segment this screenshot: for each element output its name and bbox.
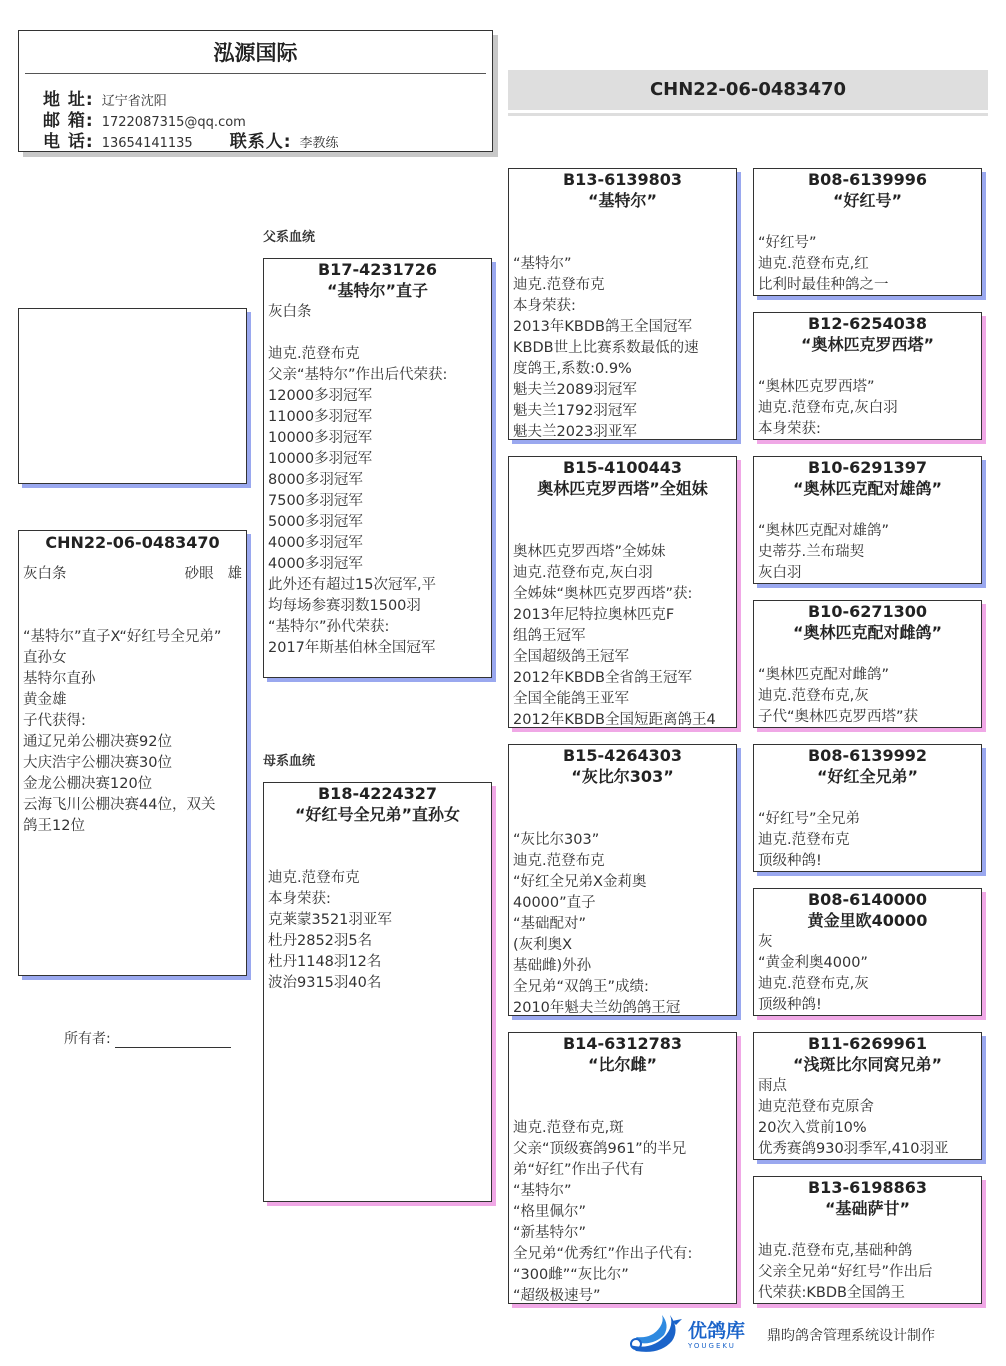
note-line: “基特尔” [513, 1181, 732, 1202]
note-line: 迪克.范登布克,灰 [758, 974, 977, 995]
grandparent-notes: “基特尔”迪克.范登布克本身荣获:2013年KBDB鸽王全国冠军KBDB世上比赛… [513, 212, 732, 440]
note-line: 子代获得: [23, 711, 242, 732]
note-line [268, 323, 487, 344]
subject-eye: 砂眼 [185, 566, 214, 582]
note-line: 波治9315羽40名 [268, 973, 487, 994]
phone-value: 13654141135 [102, 136, 230, 151]
note-line: “好红全兄弟X金莉奥 [513, 872, 732, 893]
note-line: 迪克.范登布克,灰白羽 [758, 398, 977, 419]
note-line [758, 212, 977, 233]
note-line: 通辽兄弟公棚决赛92位 [23, 732, 242, 753]
note-line: 金龙公棚决赛120位 [23, 774, 242, 795]
subject-pigeon-card: CHN22-06-0483470 灰白条 砂眼 雄 “基特尔”直子X“好红号全兄… [18, 530, 247, 976]
ggp-notes: 迪克.范登布克,基础种鸽父亲全兄弟“好红号”作出后代荣获:KBDB全国鸽王 [758, 1220, 977, 1304]
dam-ring-id: B18-4224327 [268, 784, 487, 804]
note-line: 史蒂芬.兰布瑞契 [758, 542, 977, 563]
note-line [513, 1097, 732, 1118]
note-line [758, 500, 977, 521]
note-line: 大庆浩宇公棚决赛30位 [23, 753, 242, 774]
note-line: “奥林匹克配对雌鸽” [758, 665, 977, 686]
note-line: KBDB世上比赛系数最低的速 [513, 338, 732, 359]
note-line: “300雌”“灰比尔” [513, 1265, 732, 1286]
grandparent-ring-id: B14-6312783 [513, 1034, 732, 1054]
logo-chinese: 优鸽库 [688, 1320, 745, 1342]
note-line: 迪克.范登布克,红 [758, 254, 977, 275]
grandparent-name: “比尔雌” [513, 1054, 732, 1076]
ggp-notes: “好红号”全兄弟迪克.范登布克顶级种鸽! [758, 788, 977, 872]
grandparent-name: “基特尔” [513, 190, 732, 212]
note-line: 魁夫兰2089羽冠军 [513, 380, 732, 401]
note-line: 本身荣获: [513, 296, 732, 317]
note-line [758, 356, 977, 377]
note-line [758, 1220, 977, 1241]
ggp-name: “好红号” [758, 190, 977, 212]
note-line: 弟“好红”作出子代有 [513, 1160, 732, 1181]
note-line: 全国全能鸽王亚军 [513, 689, 732, 710]
note-line: 杜丹2852羽5名 [268, 931, 487, 952]
note-line: 雨点 [758, 1076, 977, 1097]
note-line: “基特尔”孙代荣获: [268, 617, 487, 638]
note-line: 2012年KBDB全国短距离鸽王4 [513, 710, 732, 728]
note-line: 基特尔直孙 [23, 669, 242, 690]
ggp-ring-id: B10-6291397 [758, 458, 977, 478]
banner-underline [508, 113, 988, 116]
note-line: 顶级种鸽! [758, 851, 977, 872]
note-line: 迪克.范登布克,斑 [513, 1118, 732, 1139]
grandparent-name: “灰比尔303” [513, 766, 732, 788]
great-grandparent-card-1: B08-6139996 “好红号” “好红号”迪克.范登布克,红比利时最佳种鸽之… [753, 168, 982, 296]
great-grandparent-card-8: B13-6198863 “基础萨甘” 迪克.范登布克,基础种鸽父亲全兄弟“好红号… [753, 1176, 982, 1304]
sire-notes: 灰白条 迪克.范登布克父亲“基特尔”作出后代荣获:12000多羽冠军11000多… [268, 302, 487, 659]
note-line: 迪克范登布克原舍 [758, 1097, 977, 1118]
note-line: “灰比尔303” [513, 830, 732, 851]
note-line: 云海飞川公棚决赛44位，双关 [23, 795, 242, 816]
note-line: 优秀赛鸽930羽季军,410羽亚 [758, 1139, 977, 1160]
ggp-ring-id: B13-6198863 [758, 1178, 977, 1198]
ggp-ring-id: B08-6140000 [758, 890, 977, 910]
note-line: 父亲“基特尔”作出后代荣获: [268, 365, 487, 386]
loft-title: 泓源国际 [19, 33, 492, 73]
grandparent-card-3: B15-4264303 “灰比尔303” “灰比尔303”迪克.范登布克“好红全… [508, 744, 737, 1016]
note-line [758, 788, 977, 809]
dam-card: B18-4224327 “好红号全兄弟”直孙女 迪克.范登布克本身荣获:克莱蒙3… [263, 782, 492, 1202]
note-line: 5000多羽冠军 [268, 512, 487, 533]
note-line: “好红号” [758, 233, 977, 254]
note-line: 2012年KBDB全省鸽王冠军 [513, 668, 732, 689]
pigeon-photo-frame [18, 308, 247, 484]
note-line: “基特尔”直子X“好红号全兄弟” [23, 627, 242, 648]
grandparent-card-4: B14-6312783 “比尔雌” 迪克.范登布克,斑父亲“顶级赛鸽961”的半… [508, 1032, 737, 1304]
note-line: 12000多羽冠军 [268, 386, 487, 407]
note-line: 本身荣获: [758, 419, 977, 440]
note-line: 迪克.范登布克 [513, 851, 732, 872]
ggp-ring-id: B11-6269961 [758, 1034, 977, 1054]
subject-sex: 雄 [228, 566, 243, 582]
dam-name: “好红号全兄弟”直孙女 [268, 804, 487, 826]
grandparent-name: 奥林匹克罗西塔”全姐妹 [513, 478, 732, 500]
note-line: 迪克.范登布克,灰白羽 [513, 563, 732, 584]
note-line: 4000多羽冠军 [268, 554, 487, 575]
ggp-name: “奥林匹克配对雄鸽” [758, 478, 977, 500]
ggp-ring-id: B08-6139992 [758, 746, 977, 766]
great-grandparent-card-2: B12-6254038 “奥林匹克罗西塔” “奥林匹克罗西塔”迪克.范登布克,灰… [753, 312, 982, 440]
sire-ring-id: B17-4231726 [268, 260, 487, 280]
dam-line-label: 母系血统 [263, 750, 315, 769]
note-line: 10000多羽冠军 [268, 428, 487, 449]
note-line: 父亲全兄弟“好红号”作出后 [758, 1262, 977, 1283]
note-line: 子代“奥林匹克罗西塔”获 [758, 707, 977, 728]
note-line: 杜丹1148羽12名 [268, 952, 487, 973]
note-line: 代荣获:KBDB全国鸽王 [758, 1283, 977, 1304]
note-line: 8000多羽冠军 [268, 470, 487, 491]
subject-color: 灰白条 [23, 564, 67, 585]
note-line: 2010年魁夫兰幼鸽鸽王冠 [513, 998, 732, 1016]
note-line: 奥林匹克罗西塔”全姊妹 [513, 542, 732, 563]
note-line: 10000多羽冠军 [268, 449, 487, 470]
note-line: 2017年斯基伯林全国冠军 [268, 638, 487, 659]
note-line [268, 847, 487, 868]
note-line: 基础雌)外孙 [513, 956, 732, 977]
great-grandparent-card-5: B08-6139992 “好红全兄弟” “好红号”全兄弟迪克.范登布克顶级种鸽! [753, 744, 982, 872]
yougeku-logo-icon [622, 1311, 684, 1359]
ggp-notes: 灰“黄金利奥4000”迪克.范登布克,灰顶级种鸽! [758, 932, 977, 1016]
note-line: 2013年KBDB鸽王全国冠军 [513, 317, 732, 338]
note-line: 全兄弟“双鸽王”成绩: [513, 977, 732, 998]
grandparent-card-1: B13-6139803 “基特尔” “基特尔”迪克.范登布克本身荣获:2013年… [508, 168, 737, 440]
ring-number-banner: CHN22-06-0483470 [508, 70, 988, 110]
note-line: 迪克.范登布克 [758, 830, 977, 851]
note-line: 魁夫兰1792羽冠军 [513, 401, 732, 422]
phone-row: 电 话: 13654141135 联系人: 李教练 [43, 127, 339, 152]
contact-label: 联系人: [230, 127, 292, 152]
note-line: 此外还有超过15次冠军,平 [268, 575, 487, 596]
dam-notes: 迪克.范登布克本身荣获:克莱蒙3521羽亚军杜丹2852羽5名杜丹1148羽12… [268, 826, 487, 994]
ggp-name: “奥林匹克罗西塔” [758, 334, 977, 356]
phone-label: 电 话: [43, 127, 94, 152]
great-grandparent-card-4: B10-6271300 “奥林匹克配对雌鸽” “奥林匹克配对雌鸽”迪克.范登布克… [753, 600, 982, 728]
footer-credit: 鼎昀鸽舍管理系统设计制作 [767, 1325, 935, 1345]
note-line: 灰白羽 [758, 563, 977, 584]
note-line: 组鸽王冠军 [513, 626, 732, 647]
ggp-ring-id: B08-6139996 [758, 170, 977, 190]
note-line [513, 788, 732, 809]
note-line [513, 1076, 732, 1097]
ggp-notes: “奥林匹克配对雄鸽”史蒂芬.兰布瑞契灰白羽 [758, 500, 977, 584]
grandparent-ring-id: B15-4100443 [513, 458, 732, 478]
note-line: 40000”直子 [513, 893, 732, 914]
note-line [268, 826, 487, 847]
note-line: 灰白条 [268, 302, 487, 323]
note-line: 4000多羽冠军 [268, 533, 487, 554]
note-line: 20次入赏前10% [758, 1118, 977, 1139]
ggp-name: “好红全兄弟” [758, 766, 977, 788]
note-line [513, 521, 732, 542]
note-line: (灰利奥X [513, 935, 732, 956]
great-grandparent-card-6: B08-6140000 黄金里欧40000 灰“黄金利奥4000”迪克.范登布克… [753, 888, 982, 1016]
note-line: “新基特尔” [513, 1223, 732, 1244]
note-line: 迪克.范登布克,基础种鸽 [758, 1241, 977, 1262]
note-line [758, 644, 977, 665]
sire-card: B17-4231726 “基特尔”直子 灰白条 迪克.范登布克父亲“基特尔”作出… [263, 258, 492, 678]
note-line: 本身荣获: [268, 889, 487, 910]
header-divider [25, 73, 486, 74]
note-line [513, 233, 732, 254]
note-line: 父亲“顶级赛鸽961”的半兄 [513, 1139, 732, 1160]
sire-line-label: 父系血统 [263, 226, 315, 245]
grandparent-notes: 迪克.范登布克,斑父亲“顶级赛鸽961”的半兄弟“好红”作出子代有“基特尔”“格… [513, 1076, 732, 1304]
note-line: 迪克.范登布克 [268, 344, 487, 365]
note-line: 迪克.范登布克 [513, 275, 732, 296]
great-grandparent-card-3: B10-6291397 “奥林匹克配对雄鸽” “奥林匹克配对雄鸽”史蒂芬.兰布瑞… [753, 456, 982, 584]
note-line: 魁夫兰2023羽亚军 [513, 422, 732, 440]
note-line: 均每场参赛羽数1500羽 [268, 596, 487, 617]
note-line: “奥林匹克配对雄鸽” [758, 521, 977, 542]
note-line: 全兄弟“优秀红”作出子代有: [513, 1244, 732, 1265]
grandparent-notes: “灰比尔303”迪克.范登布克“好红全兄弟X金莉奥40000”直子“基础配对”(… [513, 788, 732, 1016]
note-line: “基特尔” [513, 254, 732, 275]
note-line: 灰 [758, 932, 977, 953]
ggp-name: “浅斑比尔同窝兄弟” [758, 1054, 977, 1076]
note-line: 2013年尼特拉奥林匹克F [513, 605, 732, 626]
grandparent-card-2: B15-4100443 奥林匹克罗西塔”全姐妹 奥林匹克罗西塔”全姊妹迪克.范登… [508, 456, 737, 728]
grandparent-ring-id: B13-6139803 [513, 170, 732, 190]
ggp-ring-id: B12-6254038 [758, 314, 977, 334]
ggp-name: 黄金里欧40000 [758, 910, 977, 932]
note-line: 7500多羽冠军 [268, 491, 487, 512]
footer-branding: 优鸽库 YOUGEKU 鼎昀鸽舍管理系统设计制作 [622, 1310, 992, 1360]
note-line: “格里佩尔” [513, 1202, 732, 1223]
grandparent-ring-id: B15-4264303 [513, 746, 732, 766]
contact-value: 李教练 [300, 132, 339, 151]
ggp-notes: “奥林匹克配对雌鸽”迪克.范登布克,灰子代“奥林匹克罗西塔”获 [758, 644, 977, 728]
subject-notes: “基特尔”直子X“好红号全兄弟”直孙女基特尔直孙黄金雄子代获得:通辽兄弟公棚决赛… [23, 627, 242, 837]
ggp-notes: 雨点迪克范登布克原舍20次入赏前10%优秀赛鸽930羽季军,410羽亚 [758, 1076, 977, 1160]
note-line: “奥林匹克罗西塔” [758, 377, 977, 398]
note-line: 全国超级鸽王冠军 [513, 647, 732, 668]
ggp-name: “奥林匹克配对雌鸽” [758, 622, 977, 644]
note-line: 比利时最佳种鸽之一 [758, 275, 977, 296]
owner-field: 所有者: [64, 1028, 231, 1048]
owner-label: 所有者: [64, 1031, 111, 1047]
ggp-notes: “好红号”迪克.范登布克,红比利时最佳种鸽之一 [758, 212, 977, 296]
note-line: 顶级种鸽! [758, 995, 977, 1016]
note-line: 11000多羽冠军 [268, 407, 487, 428]
subject-ring-id: CHN22-06-0483470 [23, 533, 242, 553]
sire-name: “基特尔”直子 [268, 280, 487, 302]
note-line [513, 500, 732, 521]
note-line: 迪克.范登布克,灰 [758, 686, 977, 707]
great-grandparent-card-7: B11-6269961 “浅斑比尔同窝兄弟” 雨点迪克范登布克原舍20次入赏前1… [753, 1032, 982, 1160]
ggp-name: “基础萨甘” [758, 1198, 977, 1220]
note-line: “好红号”全兄弟 [758, 809, 977, 830]
note-line: “超级极速号” [513, 1286, 732, 1304]
note-line: 全姊妹“奥林匹克罗西塔”获: [513, 584, 732, 605]
note-line: 克莱蒙3521羽亚军 [268, 910, 487, 931]
logo-english: YOUGEKU [688, 1342, 745, 1351]
note-line: 迪克.范登布克 [268, 868, 487, 889]
ggp-notes: “奥林匹克罗西塔”迪克.范登布克,灰白羽本身荣获: [758, 356, 977, 440]
ggp-ring-id: B10-6271300 [758, 602, 977, 622]
note-line: 鸽王12位 [23, 816, 242, 837]
logo-wordmark: 优鸽库 YOUGEKU [688, 1320, 745, 1351]
loft-header: 泓源国际 地 址: 辽宁省沈阳 邮 箱: 1722087315@qq.com 电… [18, 30, 493, 152]
note-line: “基础配对” [513, 914, 732, 935]
note-line [513, 212, 732, 233]
grandparent-notes: 奥林匹克罗西塔”全姊妹迪克.范登布克,灰白羽全姊妹“奥林匹克罗西塔”获:2013… [513, 500, 732, 728]
note-line: 直孙女 [23, 648, 242, 669]
note-line: 度鸽王,系数:0.9% [513, 359, 732, 380]
note-line: 黄金雄 [23, 690, 242, 711]
note-line: “黄金利奥4000” [758, 953, 977, 974]
note-line [513, 809, 732, 830]
owner-signature-line [115, 1032, 231, 1048]
subject-traits: 灰白条 砂眼 雄 [23, 564, 242, 585]
subject-eye-sex: 砂眼 雄 [185, 564, 242, 585]
